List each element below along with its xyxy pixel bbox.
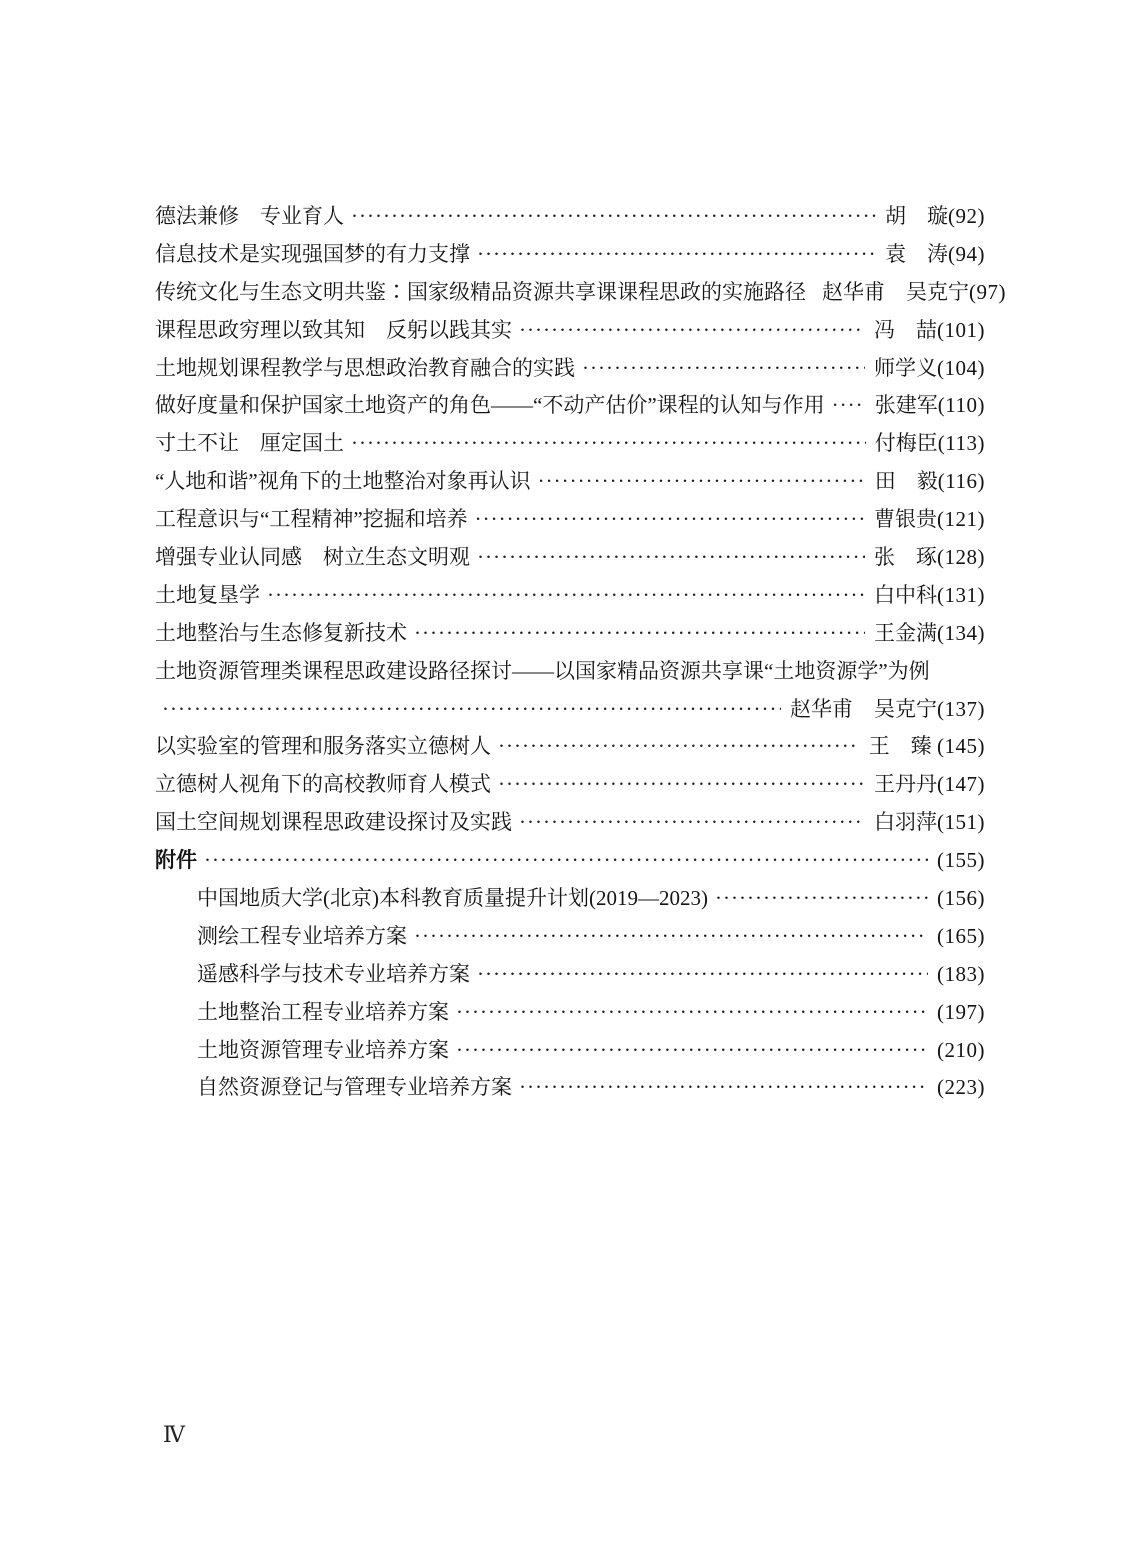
- toc-entry-page: (121): [937, 501, 985, 539]
- toc-entry: 附件(155): [155, 842, 985, 880]
- toc-entry-title: 以实验室的管理和服务落实立德树人: [155, 728, 491, 766]
- dot-leader: [538, 463, 866, 501]
- toc-entry: 土地整治工程专业培养方案(197): [155, 994, 985, 1032]
- dot-leader: [498, 766, 865, 804]
- toc-entry: 寸土不让 厘定国土付梅臣(113): [155, 425, 985, 463]
- toc-entry-page: (145): [937, 728, 985, 766]
- toc-entry: 德法兼修 专业育人胡 璇(92): [155, 198, 985, 236]
- toc-entry-authors: 白中科: [874, 577, 937, 615]
- toc-entry-page: (104): [937, 350, 985, 388]
- toc-entry-title: 土地资源管理类课程思政建设路径探讨——以国家精品资源共享课“土地资源学”为例: [155, 653, 930, 691]
- toc-entry-title: 中国地质大学(北京)本科教育质量提升计划(2019—2023): [197, 880, 708, 918]
- dot-leader: [477, 539, 865, 577]
- dot-leader: [456, 994, 928, 1032]
- toc-entry: 国土空间规划课程思政建设探讨及实践白羽萍(151): [155, 804, 985, 842]
- toc-entry: 土地复垦学白中科(131): [155, 577, 985, 615]
- toc-entry-page: (210): [937, 1032, 985, 1070]
- toc-entry-authors: 白羽萍: [874, 804, 937, 842]
- toc-entry-page: (94): [948, 236, 985, 274]
- dot-leader: [204, 842, 928, 880]
- toc-entry: 测绘工程专业培养方案(165): [155, 918, 985, 956]
- dot-leader: [519, 312, 865, 350]
- toc-entry-authors: 袁 涛: [885, 236, 948, 274]
- dot-leader: [715, 880, 928, 918]
- dot-leader: [162, 691, 781, 729]
- toc-entry: “人地和谐”视角下的土地整治对象再认识田 毅(116): [155, 463, 985, 501]
- dot-leader: [267, 577, 865, 615]
- toc-entry-title: 国土空间规划课程思政建设探讨及实践: [155, 804, 512, 842]
- toc-entry-page: (92): [948, 198, 985, 236]
- toc-entry-title: 土地整治工程专业培养方案: [197, 994, 449, 1032]
- toc-entry-page: (183): [937, 956, 985, 994]
- toc-list: 德法兼修 专业育人胡 璇(92)信息技术是实现强国梦的有力支撑袁 涛(94)传统…: [155, 198, 985, 1107]
- toc-entry: 土地资源管理专业培养方案(210): [155, 1032, 985, 1070]
- toc-entry: 土地规划课程教学与思想政治教育融合的实践师学义(104): [155, 350, 985, 388]
- toc-entry-title: 遥感科学与技术专业培养方案: [197, 956, 470, 994]
- toc-entry: 工程意识与“工程精神”挖掘和培养曹银贵(121): [155, 501, 985, 539]
- dot-leader: [475, 501, 865, 539]
- toc-entry-page: (156): [937, 880, 985, 918]
- dot-leader: [414, 918, 928, 956]
- toc-entry-page: (134): [937, 615, 985, 653]
- dot-leader: [414, 615, 865, 653]
- toc-entry-page: (197): [937, 994, 985, 1032]
- toc-entry-page: (97): [969, 274, 1006, 312]
- toc-entry-title: 土地复垦学: [155, 577, 260, 615]
- toc-entry-title: 立德树人视角下的高校教师育人模式: [155, 766, 491, 804]
- toc-entry-page: (128): [937, 539, 985, 577]
- toc-entry-authors: 付梅臣: [875, 425, 938, 463]
- toc-entry-authors: 曹银贵: [874, 501, 937, 539]
- toc-entry-page: (165): [937, 918, 985, 956]
- dot-leader: [582, 350, 865, 388]
- dot-leader: [477, 956, 928, 994]
- toc-entry: 增强专业认同感 树立生态文明观张 琢(128): [155, 539, 985, 577]
- toc-entry-page: (131): [937, 577, 985, 615]
- dot-leader: [351, 425, 866, 463]
- toc-entry-title: 附件: [155, 842, 197, 880]
- toc-entry-authors: 王金满: [874, 615, 937, 653]
- toc-entry-authors: 张建军: [875, 387, 938, 425]
- toc-entry-title: 土地整治与生态修复新技术: [155, 615, 407, 653]
- dot-leader: [477, 236, 876, 274]
- toc-entry-title: 工程意识与“工程精神”挖掘和培养: [155, 501, 468, 539]
- toc-entry-title: “人地和谐”视角下的土地整治对象再认识: [155, 463, 531, 501]
- dot-leader: [519, 804, 865, 842]
- page-number: Ⅳ: [163, 1420, 185, 1450]
- document-page: 德法兼修 专业育人胡 璇(92)信息技术是实现强国梦的有力支撑袁 涛(94)传统…: [0, 0, 1122, 1547]
- dot-leader: [498, 728, 860, 766]
- toc-entry-title: 增强专业认同感 树立生态文明观: [155, 539, 470, 577]
- dot-leader: [351, 198, 876, 236]
- toc-entry: 做好度量和保护国家土地资产的角色——“不动产估价”课程的认知与作用张建军(110…: [155, 387, 985, 425]
- toc-entry-title: 测绘工程专业培养方案: [197, 918, 407, 956]
- toc-entry: 传统文化与生态文明共鉴∶国家级精品资源共享课课程思政的实施路径赵华甫 吴克宁(9…: [155, 274, 985, 312]
- toc-entry-title: 土地资源管理专业培养方案: [197, 1032, 449, 1070]
- toc-entry-authors: 冯 喆: [874, 312, 937, 350]
- toc-entry-page: (113): [938, 425, 985, 463]
- dot-leader: [832, 387, 866, 425]
- toc-entry-page: (137): [937, 691, 985, 729]
- toc-entry-authors: 田 毅: [875, 463, 938, 501]
- toc-entry: 赵华甫 吴克宁(137): [155, 691, 985, 729]
- toc-entry: 信息技术是实现强国梦的有力支撑袁 涛(94): [155, 236, 985, 274]
- toc-entry-title: 德法兼修 专业育人: [155, 198, 344, 236]
- dot-leader: [519, 1069, 928, 1107]
- toc-entry: 立德树人视角下的高校教师育人模式王丹丹(147): [155, 766, 985, 804]
- toc-entry-title: 课程思政穷理以致其知 反躬以践其实: [155, 312, 512, 350]
- toc-entry-page: (101): [937, 312, 985, 350]
- toc-entry: 课程思政穷理以致其知 反躬以践其实冯 喆(101): [155, 312, 985, 350]
- toc-entry-authors: 王 臻: [869, 728, 937, 766]
- toc-entry-page: (147): [937, 766, 985, 804]
- toc-entry-page: (116): [938, 463, 985, 501]
- toc-entry-title: 自然资源登记与管理专业培养方案: [197, 1069, 512, 1107]
- toc-entry-authors: 王丹丹: [874, 766, 937, 804]
- toc-entry-page: (110): [938, 387, 985, 425]
- toc-entry: 遥感科学与技术专业培养方案(183): [155, 956, 985, 994]
- toc-entry: 土地整治与生态修复新技术王金满(134): [155, 615, 985, 653]
- toc-entry-authors: 赵华甫 吴克宁: [790, 691, 937, 729]
- toc-entry-title: 做好度量和保护国家土地资产的角色——“不动产估价”课程的认知与作用: [155, 387, 825, 425]
- toc-entry-page: (151): [937, 804, 985, 842]
- toc-entry: 自然资源登记与管理专业培养方案(223): [155, 1069, 985, 1107]
- toc-entry-authors: 师学义: [874, 350, 937, 388]
- toc-entry-page: (155): [937, 842, 985, 880]
- toc-entry: 以实验室的管理和服务落实立德树人王 臻 (145): [155, 728, 985, 766]
- toc-entry-authors: 赵华甫 吴克宁: [822, 274, 969, 312]
- toc-entry-authors: 胡 璇: [885, 198, 948, 236]
- toc-entry: 土地资源管理类课程思政建设路径探讨——以国家精品资源共享课“土地资源学”为例: [155, 653, 985, 691]
- toc-entry-title: 信息技术是实现强国梦的有力支撑: [155, 236, 470, 274]
- toc-entry: 中国地质大学(北京)本科教育质量提升计划(2019—2023)(156): [155, 880, 985, 918]
- toc-entry-title: 传统文化与生态文明共鉴∶国家级精品资源共享课课程思政的实施路径: [155, 274, 806, 312]
- toc-entry-authors: 张 琢: [874, 539, 937, 577]
- toc-entry-title: 寸土不让 厘定国土: [155, 425, 344, 463]
- toc-entry-page: (223): [937, 1069, 985, 1107]
- dot-leader: [456, 1032, 928, 1070]
- toc-entry-title: 土地规划课程教学与思想政治教育融合的实践: [155, 350, 575, 388]
